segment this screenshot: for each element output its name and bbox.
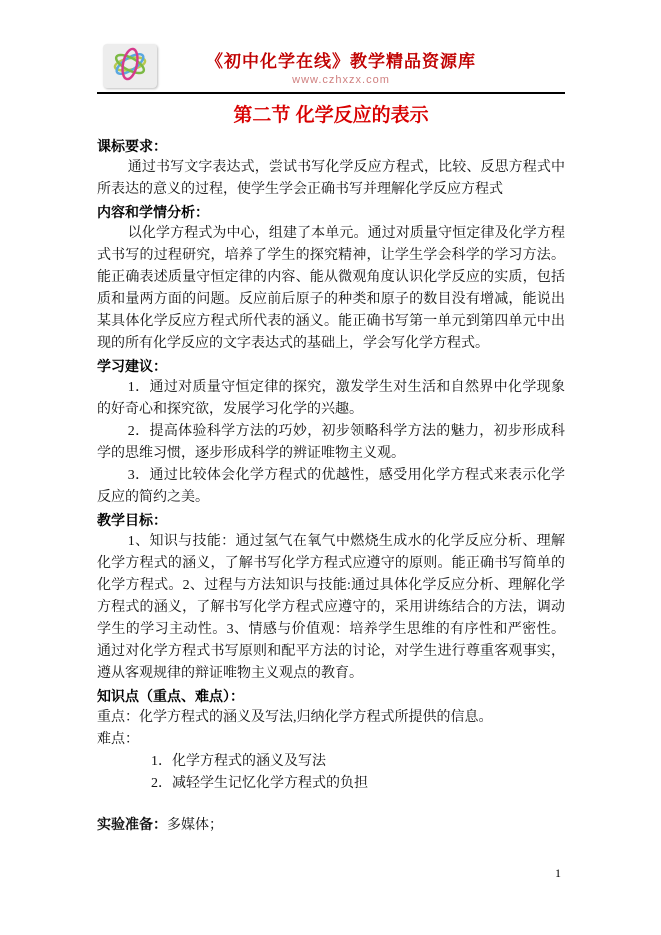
section-suggestions: 学习建议： 1．通过对质量守恒定律的探究，激发学生对生活和自然界中化学现象的好奇… <box>97 355 565 509</box>
site-logo <box>103 44 157 88</box>
list-item: 1．通过对质量守恒定律的探究，激发学生对生活和自然界中化学现象的好奇心和探究欲，… <box>97 377 565 421</box>
section-preparation: 实验准备：多媒体； <box>97 813 565 837</box>
section-heading: 学习建议： <box>97 355 565 377</box>
section-heading: 教学目标： <box>97 509 565 531</box>
section-heading: 知识点（重点、难点）： <box>97 685 565 707</box>
list-item: 3．通过比较体会化学方程式的优越性，感受用化学方程式来表示化学反应的简约之美。 <box>97 465 565 509</box>
list-item: 2．减轻学生记忆化学方程式的负担 <box>151 773 565 795</box>
difficult-label: 难点： <box>97 729 565 751</box>
atom-logo-icon <box>107 44 153 89</box>
section-heading: 实验准备： <box>97 816 167 832</box>
section-curriculum: 课标要求： 通过书写文字表达式，尝试书写化学反应方程式，比较、反思方程式中所表达… <box>97 135 565 201</box>
site-header-banner: 《初中化学在线》教学精品资源库 www.czhxzx.com <box>97 42 565 94</box>
section-analysis: 内容和学情分析： 以化学方程式为中心，组建了本单元。通过对质量守恒定律及化学方程… <box>97 201 565 355</box>
important-point: 重点：化学方程式的涵义及写法,归纳化学方程式所提供的信息。 <box>97 707 565 729</box>
section-heading: 内容和学情分析： <box>97 201 565 223</box>
preparation-text: 多媒体； <box>167 818 223 833</box>
list-item: 1．化学方程式的涵义及写法 <box>151 751 565 773</box>
page-number: 1 <box>555 866 561 881</box>
section-paragraph: 通过书写文字表达式，尝试书写化学反应方程式，比较、反思方程式中所表达的意义的过程… <box>97 157 565 201</box>
document-page: 《初中化学在线》教学精品资源库 www.czhxzx.com 第二节 化学反应的… <box>0 0 661 935</box>
section-key-points: 知识点（重点、难点）： 重点：化学方程式的涵义及写法,归纳化学方程式所提供的信息… <box>97 685 565 795</box>
section-objectives: 教学目标： 1、知识与技能：通过氢气在氧气中燃烧生成水的化学反应分析、理解化学方… <box>97 509 565 685</box>
site-name: 《初中化学在线》教学精品资源库 <box>157 47 525 72</box>
page-content: 《初中化学在线》教学精品资源库 www.czhxzx.com 第二节 化学反应的… <box>97 42 565 837</box>
section-paragraph: 1、知识与技能：通过氢气在氧气中燃烧生成水的化学反应分析、理解化学方程式的涵义，… <box>97 531 565 685</box>
section-paragraph: 以化学方程式为中心，组建了本单元。通过对质量守恒定律及化学方程式书写的过程研究，… <box>97 223 565 355</box>
site-url: www.czhxzx.com <box>157 74 525 86</box>
document-title: 第二节 化学反应的表示 <box>97 100 565 127</box>
list-item: 2．提高体验科学方法的巧妙，初步领略科学方法的魅力，初步形成科学的思维习惯，逐步… <box>97 421 565 465</box>
site-header-text: 《初中化学在线》教学精品资源库 www.czhxzx.com <box>157 47 565 86</box>
section-heading: 课标要求： <box>97 135 565 157</box>
